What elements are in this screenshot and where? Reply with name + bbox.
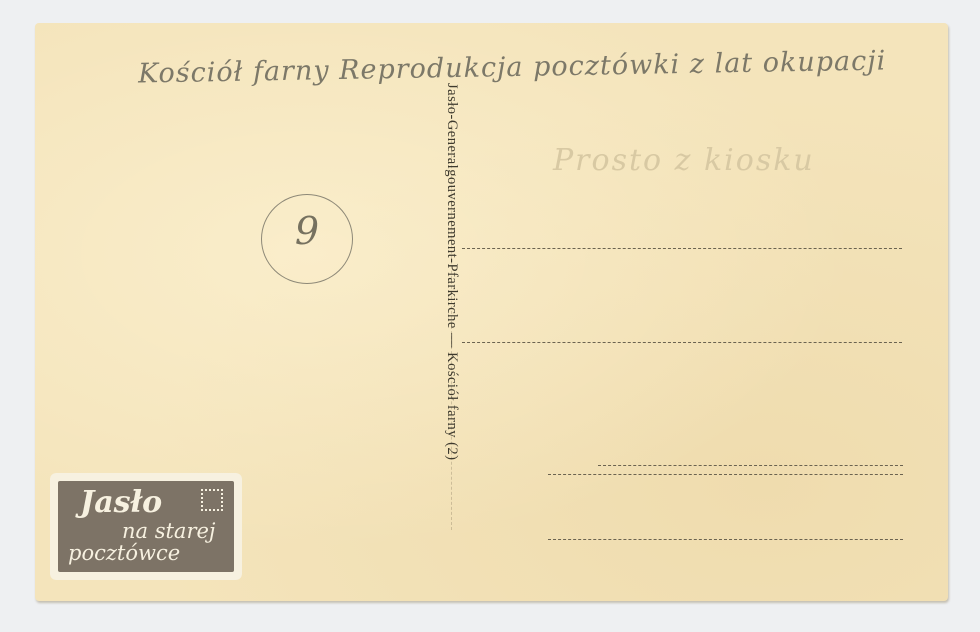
handwritten-faint-note: Prosto z kiosku: [553, 143, 815, 178]
address-line: [598, 465, 903, 466]
postage-stamp-icon: [201, 489, 223, 511]
address-line: [548, 474, 903, 475]
circled-number-value: 9: [262, 209, 352, 253]
address-line: [548, 539, 903, 540]
circled-number: 9: [261, 194, 353, 284]
watermark-logo: Jasło na starej pocztówce: [50, 473, 242, 580]
logo-subtitle-1: na starej: [122, 519, 215, 543]
logo-title: Jasło: [80, 485, 162, 520]
logo-subtitle-2: pocztówce: [68, 541, 180, 565]
address-line: [462, 342, 902, 343]
printed-caption-vertical: Jasło-Generalgouvernement-Pfarkirche — K…: [443, 83, 460, 460]
logo-panel: Jasło na starej pocztówce: [58, 481, 234, 572]
address-line: [462, 248, 902, 249]
